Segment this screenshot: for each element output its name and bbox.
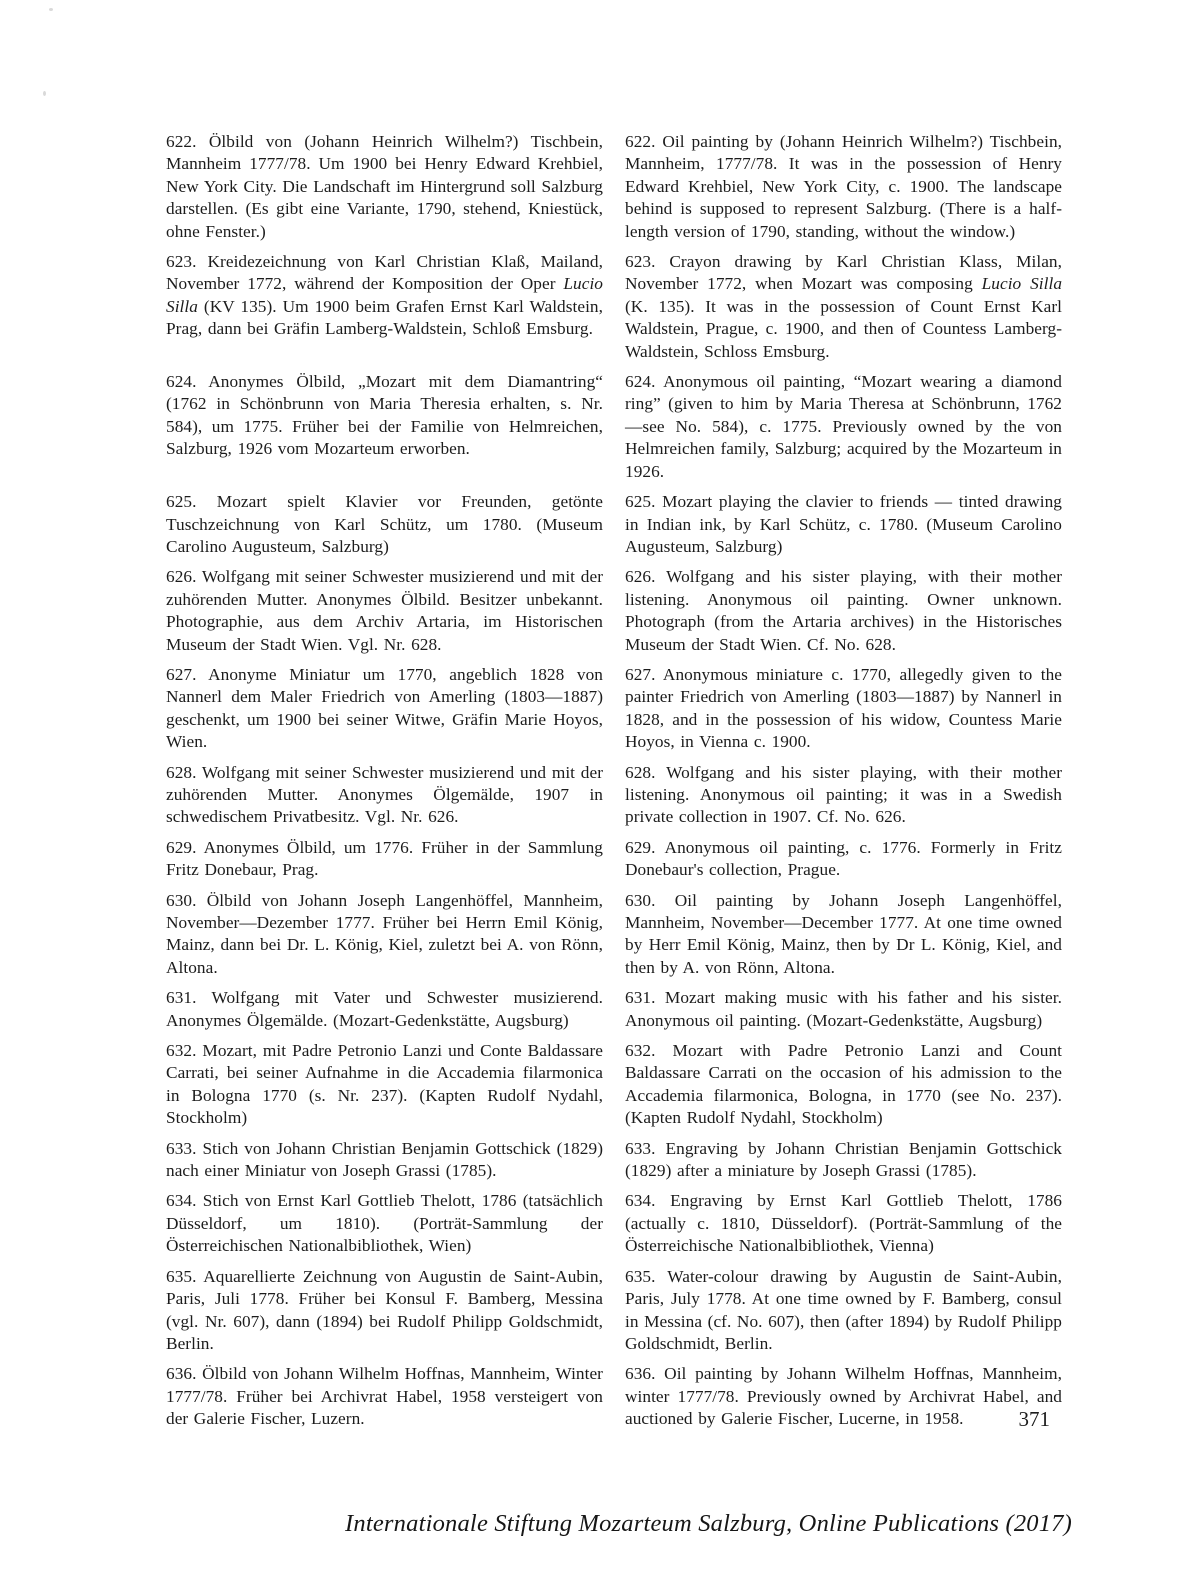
entry-636-german: 636. Ölbild von Johann Wilhelm Hoffnas, … bbox=[166, 1363, 603, 1430]
entry-629-english: 629. Anonymous oil painting, c. 1776. Fo… bbox=[625, 837, 1062, 882]
entry-631-english: 631. Mozart making music with his father… bbox=[625, 987, 1062, 1032]
entry-632-english: 632. Mozart with Padre Petronio Lanzi an… bbox=[625, 1040, 1062, 1130]
entry-633-german: 633. Stich von Johann Christian Benjamin… bbox=[166, 1138, 603, 1183]
entry-626-german: 626. Wolfgang mit seiner Schwester musiz… bbox=[166, 566, 603, 656]
entry-625-german: 625. Mozart spielt Klavier vor Freunden,… bbox=[166, 491, 603, 558]
entry-630-german: 630. Ölbild von Johann Joseph Langenhöff… bbox=[166, 890, 603, 980]
entry-636-english: 636. Oil painting by Johann Wilhelm Hoff… bbox=[625, 1363, 1062, 1430]
entry-634-english: 634. Engraving by Ernst Karl Gottlieb Th… bbox=[625, 1190, 1062, 1257]
catalog-entries: 622. Ölbild von (Johann Heinrich Wilhelm… bbox=[166, 131, 1062, 1431]
entry-632-german: 632. Mozart, mit Padre Petronio Lanzi un… bbox=[166, 1040, 603, 1130]
book-page: 622. Ölbild von (Johann Heinrich Wilhelm… bbox=[0, 0, 1200, 1581]
scan-speck bbox=[49, 8, 53, 11]
entry-635-english: 635. Water-colour drawing by Augustin de… bbox=[625, 1266, 1062, 1356]
entry-622-german: 622. Ölbild von (Johann Heinrich Wilhelm… bbox=[166, 131, 603, 243]
entry-630-english: 630. Oil painting by Johann Joseph Lange… bbox=[625, 890, 1062, 980]
entry-626-english: 626. Wolfgang and his sister playing, wi… bbox=[625, 566, 1062, 656]
entry-624-german: 624. Anonymes Ölbild, „Mozart mit dem Di… bbox=[166, 371, 603, 461]
publication-footer: Internationale Stiftung Mozarteum Salzbu… bbox=[345, 1510, 1072, 1538]
entry-629-german: 629. Anonymes Ölbild, um 1776. Früher in… bbox=[166, 837, 603, 882]
entry-633-english: 633. Engraving by Johann Christian Benja… bbox=[625, 1138, 1062, 1183]
entry-623-german: 623. Kreidezeichnung von Karl Christian … bbox=[166, 251, 603, 341]
entry-623-english: 623. Crayon drawing by Karl Christian Kl… bbox=[625, 251, 1062, 363]
entry-627-english: 627. Anonymous miniature c. 1770, allege… bbox=[625, 664, 1062, 754]
entry-634-german: 634. Stich von Ernst Karl Gottlieb Thelo… bbox=[166, 1190, 603, 1257]
entry-627-german: 627. Anonyme Miniatur um 1770, angeblich… bbox=[166, 664, 603, 754]
page-number: 371 bbox=[1019, 1406, 1051, 1432]
entry-622-english: 622. Oil painting by (Johann Heinrich Wi… bbox=[625, 131, 1062, 243]
entry-628-english: 628. Wolfgang and his sister playing, wi… bbox=[625, 762, 1062, 829]
entry-631-german: 631. Wolfgang mit Vater und Schwester mu… bbox=[166, 987, 603, 1032]
entry-635-german: 635. Aquarellierte Zeichnung von Augusti… bbox=[166, 1266, 603, 1356]
entry-624-english: 624. Anonymous oil painting, “Mozart wea… bbox=[625, 371, 1062, 483]
scan-speck bbox=[43, 91, 46, 96]
entry-625-english: 625. Mozart playing the clavier to frien… bbox=[625, 491, 1062, 558]
entry-628-german: 628. Wolfgang mit seiner Schwester musiz… bbox=[166, 762, 603, 829]
